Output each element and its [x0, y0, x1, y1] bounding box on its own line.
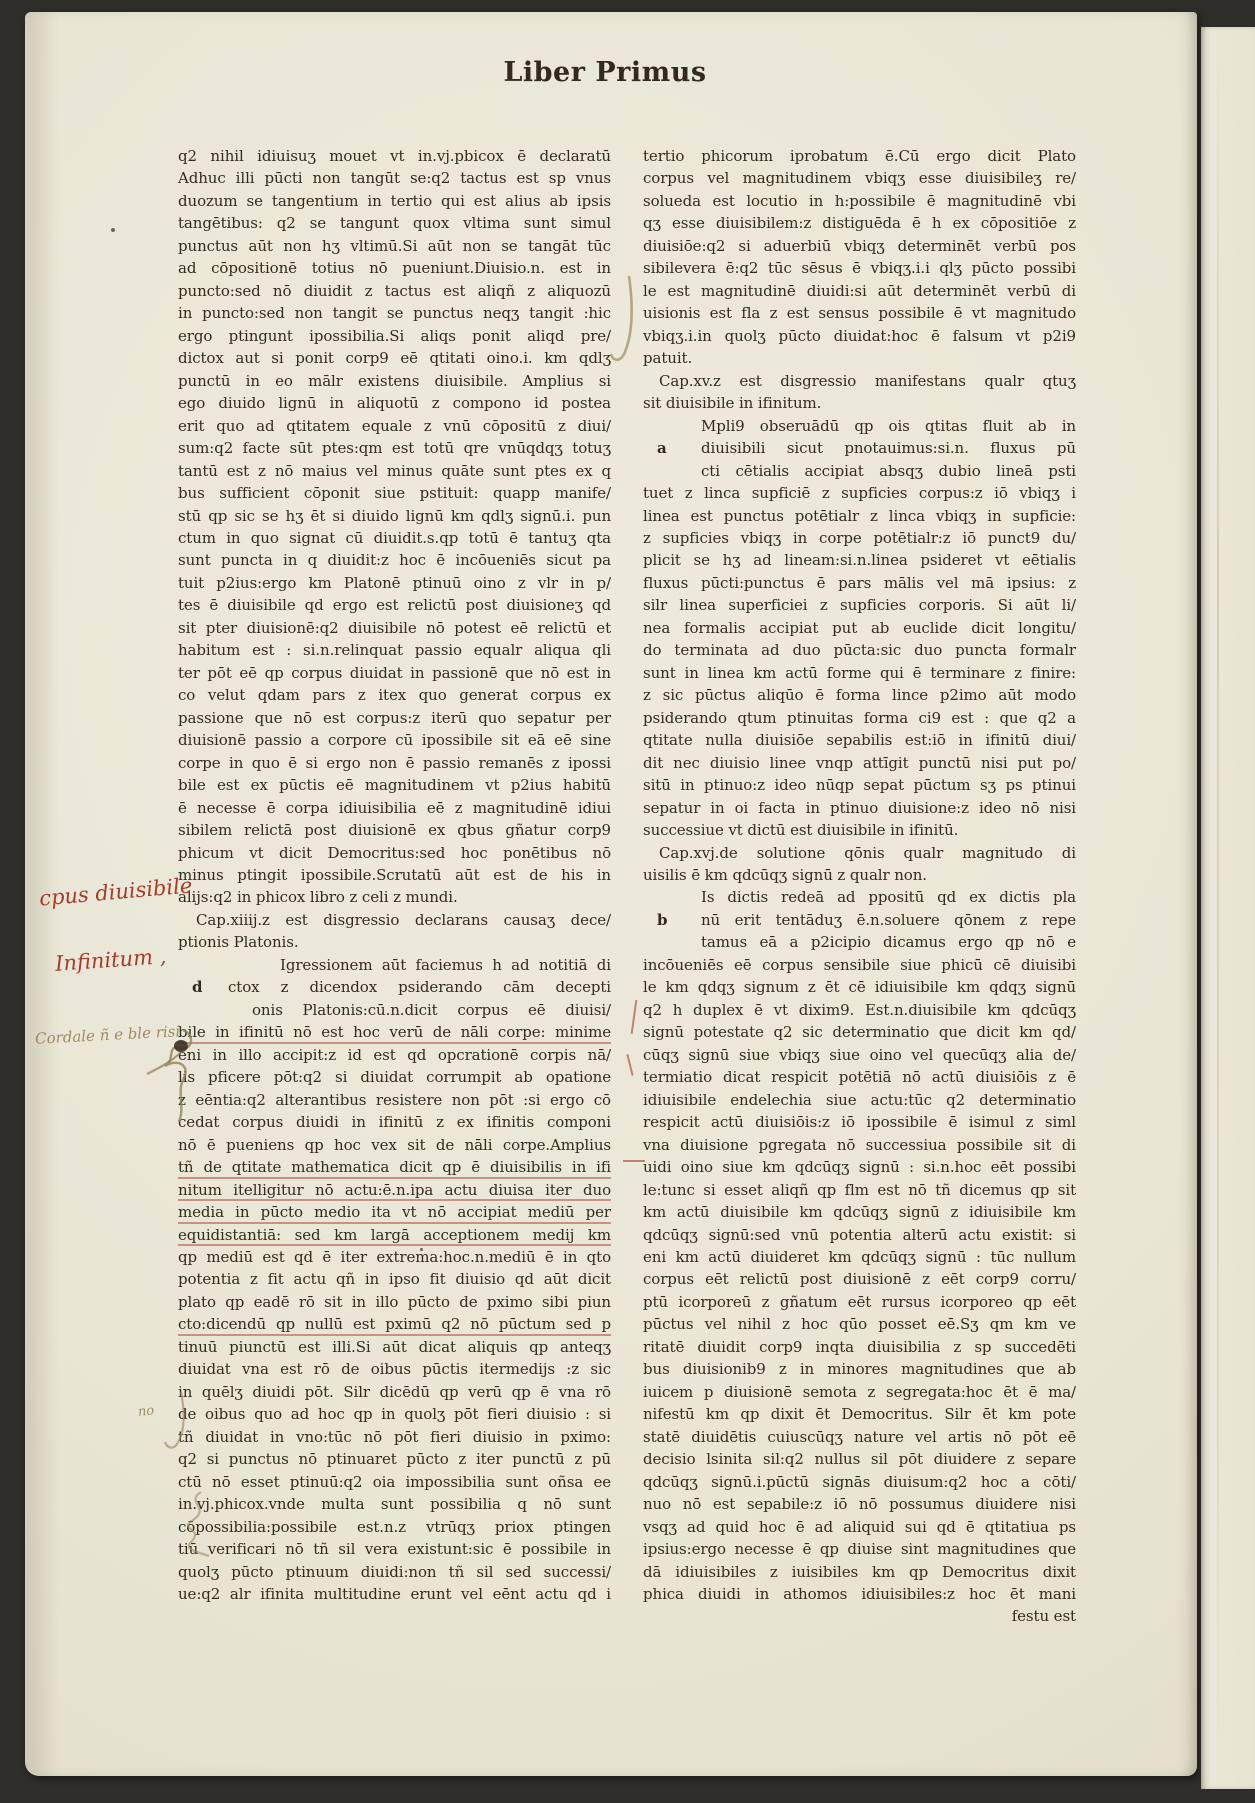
page-crease: [1217, 27, 1219, 1789]
text-line: bile est ex pūctis eē magnitudinem vt p2…: [178, 774, 611, 796]
text-line: ergo ptingunt ipossibilia.Si aliqs ponit…: [178, 325, 611, 347]
line-text: nitum itelligitur nō actu:ē.n.ipa actu d…: [178, 1181, 611, 1199]
line-text: uisilis ē km qdcūqʒ signū z qualr non.: [643, 866, 927, 884]
line-text: sibilevera ē:q2 tūc sēsus ē vbiqʒ.i.i ql…: [643, 259, 1076, 277]
running-title: Liber Primus: [465, 57, 745, 88]
text-line: punctus aūt non hʒ vltimū.Si aūt non se …: [178, 235, 611, 257]
line-text: erit quo ad qtitatem equale z vnū cōposi…: [178, 417, 611, 435]
text-line: linea est punctus potētialr z linca vbiq…: [643, 505, 1076, 527]
text-line: in quēlʒ diuidi pōt. Silr dicēdū qp verū…: [178, 1381, 611, 1403]
line-text: sitū in ptinuo:z ideo nūqp sepat pūctum …: [643, 776, 1076, 794]
text-line: cto:dicendū qp nullū est pximū q2 nō pūc…: [178, 1313, 611, 1335]
line-text: solueda est locutio in h:possibile ē mag…: [643, 192, 1076, 210]
line-text: eni km actū diuideret km qdcūqʒ signū : …: [643, 1248, 1076, 1266]
text-line: ptū icorporeū z gñatum eēt rursus icorpo…: [643, 1291, 1076, 1313]
line-text: Is dictis redeā ad ppositū qd ex dictis …: [701, 888, 1076, 906]
text-line: corpus eēt relictū post diuisionē z eēt …: [643, 1268, 1076, 1290]
text-line: successiue vt dictū est diuisibile in if…: [643, 819, 1076, 841]
text-line: habitum est : si.n.relinquat passio equa…: [178, 639, 611, 661]
line-text: tinuū piunctū est illi.Si aūt dicat aliq…: [178, 1338, 611, 1356]
line-text: sunt in linea km actū forme qui ē termin…: [643, 664, 1076, 682]
margin-note-red-line2: Infinitum ,: [54, 944, 167, 976]
line-text: sit pter diuisionē:q2 diuisibile nō pote…: [178, 619, 611, 637]
line-text: sit diuisibile in ifinitum.: [643, 394, 821, 412]
line-text: diuisibili sicut pnotauimus:si.n. fluxus…: [701, 439, 1076, 457]
text-line: minus ptingit ipossibile.Scrutatū aūt es…: [178, 864, 611, 886]
line-text: tamus eā a p2icipio dicamus ergo qp nō e: [701, 933, 1076, 951]
line-text: z sic pūctus aliqūo ē forma lince p2imo …: [643, 686, 1076, 704]
text-line: km actū diuisibile km qdcūqʒ signū z idi…: [643, 1201, 1076, 1223]
line-text: quolʒ pūcto ptinuum diuidi:non tñ sil se…: [178, 1563, 611, 1581]
text-line: z sic pūctus aliqūo ē forma lince p2imo …: [643, 684, 1076, 706]
text-line: nō ē pueniens qp hoc vex sit de nāli cor…: [178, 1134, 611, 1156]
line-text: le km qdqʒ signum z ēt cē idiuisibile km…: [643, 978, 1076, 996]
line-text: ctox z dicendox psiderando cām decepti: [228, 978, 611, 996]
line-text: respicit actū diuisiōis:z iō ipossibile …: [643, 1113, 1076, 1131]
line-text: tantū est z nō maius vel minus quāte sun…: [178, 462, 611, 480]
line-text: punctus aūt non hʒ vltimū.Si aūt non se …: [178, 237, 611, 255]
text-line: ego diuido lignū in aliquotū z compono i…: [178, 392, 611, 414]
line-text: Cap.xiiij.z est disgressio declarans cau…: [196, 911, 611, 929]
text-line: dā idiuisibiles z iuisibiles km qp Democ…: [643, 1561, 1076, 1583]
text-line: nifestū km qp dixit ēt Democritus. Silr …: [643, 1403, 1076, 1425]
line-text: incōueniēs eē corpus sensibile siue phic…: [643, 956, 1076, 974]
line-text: duozum se tangentium in tertio qui est a…: [178, 192, 611, 210]
line-text: in quēlʒ diuidi pōt. Silr dicēdū qp verū…: [178, 1383, 611, 1401]
margin-j-stroke: [163, 1390, 187, 1454]
line-text: ad cōpositionē totius nō pueniunt.Diuisi…: [178, 259, 611, 277]
text-line: qdcūqʒ signū:sed vnū potentia alterū act…: [643, 1224, 1076, 1246]
line-text: silr linea superficiei z supficies corpo…: [643, 596, 1076, 614]
line-text: do terminata ad duo pūcta:sic duo puncta…: [643, 641, 1076, 659]
text-line: le km qdqʒ signum z ēt cē idiuisibile km…: [643, 976, 1076, 998]
text-line: fluxus pūcti:punctus ē pars mālis vel mā…: [643, 572, 1076, 594]
text-line: z supficies vbiqʒ in corpe potētialr:z i…: [643, 527, 1076, 549]
line-text: ē necesse ē corpa idiuisibilia eē z magn…: [178, 799, 611, 817]
text-line: Adhuc illi pūcti non tangūt se:q2 tactus…: [178, 167, 611, 189]
text-line: sit diuisibile in ifinitum.: [643, 392, 1076, 414]
line-text: q2 nihil idiuisuʒ mouet vt in.vj.pbicox …: [178, 147, 611, 165]
text-line: bile in ifinitū nō est hoc verū de nāli …: [178, 1021, 611, 1043]
line-text: ctū nō esset ptinuū:q2 oia impossibilia …: [178, 1473, 611, 1491]
text-line: corpus vel magnitudinem vbiqʒ esse diuis…: [643, 167, 1076, 189]
line-text: media in pūcto medio ita vt nō accipiat …: [178, 1203, 611, 1221]
next-page-edge: [1201, 27, 1255, 1789]
text-line: Mpli9 obseruādū qp ois qtitas fluit ab i…: [643, 415, 1076, 437]
line-text: nū erit tentāduʒ ē.n.soluere qōnem z rep…: [701, 911, 1076, 929]
line-text: phicum vt dicit Democritus:sed hoc ponēt…: [178, 844, 611, 862]
line-text: vbiqʒ.i.in quolʒ pūcto diuidat:hoc ē fal…: [643, 327, 1076, 345]
text-line: ue:q2 alr ifinita multitudine erunt vel …: [178, 1583, 611, 1605]
text-line: solueda est locutio in h:possibile ē mag…: [643, 190, 1076, 212]
text-line: tantū est z nō maius vel minus quāte sun…: [178, 460, 611, 482]
text-line: passione que nō est corpus:z iterū quo s…: [178, 707, 611, 729]
text-line: ritatē diuidit corp9 inqta diuisibilia z…: [643, 1336, 1076, 1358]
margin-no-mark: no: [137, 1403, 155, 1420]
line-text: passione que nō est corpus:z iterū quo s…: [178, 709, 611, 727]
text-line: erit quo ad qtitatem equale z vnū cōposi…: [178, 415, 611, 437]
text-line: dctox z dicendox psiderando cām decepti: [178, 976, 611, 998]
text-line: in.vj.phicox.vnde multa sunt possibilia …: [178, 1493, 611, 1515]
book-page: Liber Primus q2 nihil idiuisuʒ mouet vt …: [25, 12, 1197, 1776]
text-line: q2 si punctus nō ptinuaret pūcto z iter …: [178, 1448, 611, 1470]
line-text: Adhuc illi pūcti non tangūt se:q2 tactus…: [178, 169, 611, 187]
text-line: adiuisibili sicut pnotauimus:si.n. fluxu…: [643, 437, 1076, 459]
line-text: decisio lsinita sil:q2 nullus sil pōt di…: [643, 1450, 1076, 1468]
text-line: idiuisibile endelechia siue actu:tūc q2 …: [643, 1089, 1076, 1111]
line-text: pūctus vel nihil z hoc qūo posset eē.Sʒ …: [643, 1315, 1076, 1333]
line-text: equidistantiā: sed km largā acceptionem …: [178, 1226, 611, 1244]
gutter-bracket-mark: [609, 274, 635, 366]
photo-background: Liber Primus q2 nihil idiuisuʒ mouet vt …: [0, 0, 1255, 1803]
guide-letter: a: [657, 437, 667, 459]
line-text: puncto:sed nō diuidit z tactus est aliqñ…: [178, 282, 611, 300]
text-line: diuisiōe:q2 si aduerbiū vbiqʒ determinēt…: [643, 235, 1076, 257]
line-text: Mpli9 obseruādū qp ois qtitas fluit ab i…: [701, 417, 1076, 435]
line-text: dā idiuisibiles z iuisibiles km qp Democ…: [643, 1563, 1076, 1581]
line-text: tñ de qtitate mathematica dicit qp ē diu…: [178, 1158, 611, 1176]
text-line: diuisionē passio a corpore cū ipossibile…: [178, 729, 611, 751]
line-text: ergo ptingunt ipossibilia.Si aliqs ponit…: [178, 327, 611, 345]
line-text: tangētibus: q2 se tangunt quox vltima su…: [178, 214, 611, 232]
text-line: sepatur in oi facta in ptinuo diuisione:…: [643, 797, 1076, 819]
line-text: dictox aut si ponit corp9 eē qtitati oin…: [178, 349, 611, 367]
line-text: vna diuisione pgregata nō successiua pos…: [643, 1136, 1076, 1154]
text-line: nitum itelligitur nō actu:ē.n.ipa actu d…: [178, 1179, 611, 1201]
text-line: dit nec diuisio linee vnqp attīgit punct…: [643, 752, 1076, 774]
line-text: ue:q2 alr ifinita multitudine erunt vel …: [178, 1585, 611, 1603]
text-line: incōueniēs eē corpus sensibile siue phic…: [643, 954, 1076, 976]
text-line: uisionis est fla z est sensus possibile …: [643, 302, 1076, 324]
margin-note-red-line1: cpus diuisibile: [38, 873, 193, 910]
line-text: tñ diuidat in vno:tūc nō pōt fieri diuis…: [178, 1428, 611, 1446]
line-text: corpe in quo ē si ergo non ē passio rema…: [178, 754, 611, 772]
text-line: punctū in eo mālr existens diuisibile. A…: [178, 370, 611, 392]
line-text: km actū diuisibile km qdcūqʒ signū z idi…: [643, 1203, 1076, 1221]
text-line: q2 h duplex ē vt dixim9. Est.n.diuisibil…: [643, 999, 1076, 1021]
line-text: dit nec diuisio linee vnqp attīgit punct…: [643, 754, 1076, 772]
text-line: signū potestate q2 sic determinatio que …: [643, 1021, 1076, 1043]
text-line: qtitate nulla diuisiōe sepabilis est:iō …: [643, 729, 1076, 751]
text-line: potentia z fit actu qñ in ipso fit diuis…: [178, 1268, 611, 1290]
text-line: uidi oino siue km qdcūqʒ signū : si.n.ho…: [643, 1156, 1076, 1178]
rubric-tick: [623, 1160, 645, 1162]
text-line: iuicem p diuisionē semota z segregata:ho…: [643, 1381, 1076, 1403]
line-text: iuicem p diuisionē semota z segregata:ho…: [643, 1383, 1076, 1401]
line-text: plato qp eadē rō sit in illo pūcto de px…: [178, 1293, 611, 1311]
text-line: Is dictis redeā ad ppositū qd ex dictis …: [643, 886, 1076, 908]
line-text: successiue vt dictū est diuisibile in if…: [643, 821, 958, 839]
text-line: statē diuidētis cuiuscūqʒ nature vel art…: [643, 1426, 1076, 1448]
text-line: eni in illo accipit:z id est qd opcratio…: [178, 1044, 611, 1066]
line-text: qʒ esse diuisibilem:z distiguēda ē h ex …: [643, 214, 1076, 232]
text-line: sitū in ptinuo:z ideo nūqp sepat pūctum …: [643, 774, 1076, 796]
text-line: bnū erit tentāduʒ ē.n.soluere qōnem z re…: [643, 909, 1076, 931]
text-line: le:tunc si esset aliqñ qp flm est nō tñ …: [643, 1179, 1076, 1201]
text-line: onis Platonis:cū.n.dicit corpus eē diuis…: [178, 999, 611, 1021]
line-text: in puncto:sed non tangit se punctus neqʒ…: [178, 304, 611, 322]
text-line: cedat corpus diuidi in ifinitū z ex ifin…: [178, 1111, 611, 1133]
line-text: tertio phicorum iprobatum ē.Cū ergo dici…: [643, 147, 1076, 165]
manicule-flourish-icon: [145, 1022, 205, 1132]
text-line: tamus eā a p2icipio dicamus ergo qp nō e: [643, 931, 1076, 953]
text-line: puncto:sed nō diuidit z tactus est aliqñ…: [178, 280, 611, 302]
text-line: uisilis ē km qdcūqʒ signū z qualr non.: [643, 864, 1076, 886]
ink-speck: [420, 1248, 423, 1251]
text-line: patuit.: [643, 347, 1076, 369]
line-text: sum:q2 facte sūt ptes:qm est totū qre vn…: [178, 439, 611, 457]
text-line: sibilevera ē:q2 tūc sēsus ē vbiqʒ.i.i ql…: [643, 257, 1076, 279]
text-line: termiatio dicat respicit potētiā nō actū…: [643, 1066, 1076, 1088]
line-text: Cap.xv.z est disgressio manifestans qual…: [659, 372, 1076, 390]
text-line: eni km actū diuideret km qdcūqʒ signū : …: [643, 1246, 1076, 1268]
line-text: cūqʒ signū siue vbiqʒ siue oino vel quec…: [643, 1046, 1076, 1064]
text-line: do terminata ad duo pūcta:sic duo puncta…: [643, 639, 1076, 661]
text-line: Cap.xv.z est disgressio manifestans qual…: [643, 370, 1076, 392]
line-text: tes ē diuisibile qd ergo est relictū pos…: [178, 596, 611, 614]
line-text: cti cētialis accipiat absqʒ dubio lineā …: [701, 462, 1076, 480]
text-line: de oibus quo ad hoc qp in quolʒ pōt fier…: [178, 1403, 611, 1425]
text-line: dictox aut si ponit corp9 eē qtitati oin…: [178, 347, 611, 369]
text-line: bus diuisionib9 z in minores magnitudine…: [643, 1358, 1076, 1380]
line-text: sunt puncta in q diuidit:z hoc ē incōuen…: [178, 551, 611, 569]
line-text: cto:dicendū qp nullū est pximū q2 nō pūc…: [178, 1315, 611, 1333]
text-line: equidistantiā: sed km largā acceptionem …: [178, 1224, 611, 1246]
line-text: statē diuidētis cuiuscūqʒ nature vel art…: [643, 1428, 1076, 1446]
text-line: phica diuidi in athomos idiuisibiles:z h…: [643, 1583, 1076, 1605]
line-text: habitum est : si.n.relinquat passio equa…: [178, 641, 611, 659]
text-line: in puncto:sed non tangit se punctus neqʒ…: [178, 302, 611, 324]
line-text: lis pficere pōt:q2 si diuidat corrumpit …: [178, 1068, 611, 1086]
text-line: alijs:q2 in phicox libro z celi z mundi.: [178, 886, 611, 908]
line-text: sibilem relictā post diuisionē ex qbus g…: [178, 821, 611, 839]
text-line: lis pficere pōt:q2 si diuidat corrumpit …: [178, 1066, 611, 1088]
line-text: vsqʒ ad quid hoc ē ad aliquid sui qd ē q…: [643, 1518, 1076, 1536]
line-text: q2 h duplex ē vt dixim9. Est.n.diuisibil…: [643, 1001, 1076, 1019]
line-text: diuisionē passio a corpore cū ipossibile…: [178, 731, 611, 749]
text-column-left: q2 nihil idiuisuʒ mouet vt in.vj.pbicox …: [178, 145, 611, 1605]
text-line: tes ē diuisibile qd ergo est relictū pos…: [178, 594, 611, 616]
line-text: plicit se hʒ ad lineam:si.n.linea psider…: [643, 551, 1076, 569]
text-line: cūqʒ signū siue vbiqʒ siue oino vel quec…: [643, 1044, 1076, 1066]
text-line: qʒ esse diuisibilem:z distiguēda ē h ex …: [643, 212, 1076, 234]
line-text: qp mediū est qd ē iter extrema:hoc.n.med…: [178, 1248, 611, 1266]
line-text: de oibus quo ad hoc qp in quolʒ pōt fier…: [178, 1405, 611, 1423]
text-line: nea formalis accipiat put ab euclide dic…: [643, 617, 1076, 639]
text-line: plicit se hʒ ad lineam:si.n.linea psider…: [643, 549, 1076, 571]
line-text: ter pōt eē qp corpus diuidat in passionē…: [178, 664, 611, 682]
text-line: cōpossibilia:possibile est.n.z vtrūqʒ pr…: [178, 1516, 611, 1538]
line-text: qdcūqʒ signū.i.pūctū signās diuisum:q2 h…: [643, 1473, 1076, 1491]
text-line: decisio lsinita sil:q2 nullus sil pōt di…: [643, 1448, 1076, 1470]
text-line: nuo nō est sepabile:z iō nō possumus diu…: [643, 1493, 1076, 1515]
line-text: minus ptingit ipossibile.Scrutatū aūt es…: [178, 866, 611, 884]
line-text: uisionis est fla z est sensus possibile …: [643, 304, 1076, 322]
line-text: potentia z fit actu qñ in ipso fit diuis…: [178, 1270, 611, 1288]
text-line: qp mediū est qd ē iter extrema:hoc.n.med…: [178, 1246, 611, 1268]
text-line: Cap.xvj.de solutione qōnis qualr magnitu…: [643, 842, 1076, 864]
line-text: uidi oino siue km qdcūqʒ signū : si.n.ho…: [643, 1158, 1076, 1176]
text-line: respicit actū diuisiōis:z iō ipossibile …: [643, 1111, 1076, 1133]
text-line: duozum se tangentium in tertio qui est a…: [178, 190, 611, 212]
line-text: tiū verificari nō tñ sil vera existunt:s…: [178, 1540, 611, 1558]
line-text: nifestū km qp dixit ēt Democritus. Silr …: [643, 1405, 1076, 1423]
text-line: q2 nihil idiuisuʒ mouet vt in.vj.pbicox …: [178, 145, 611, 167]
text-line: ptionis Platonis.: [178, 931, 611, 953]
text-line: sum:q2 facte sūt ptes:qm est totū qre vn…: [178, 437, 611, 459]
line-text: cōpossibilia:possibile est.n.z vtrūqʒ pr…: [178, 1518, 611, 1536]
line-text: ipsius:ergo necesse ē qp diuise sint mag…: [643, 1540, 1076, 1558]
line-text: qtitate nulla diuisiōe sepabilis est:iō …: [643, 731, 1076, 749]
text-line: festu est: [643, 1605, 1076, 1627]
text-line: qdcūqʒ signū.i.pūctū signās diuisum:q2 h…: [643, 1471, 1076, 1493]
line-text: idiuisibile endelechia siue actu:tūc q2 …: [643, 1091, 1076, 1109]
line-text: tuit p2ius:ergo km Platonē ptinuū oino z…: [178, 574, 611, 592]
rubric-tick: [631, 1000, 638, 1034]
line-text: ritatē diuidit corp9 inqta diuisibilia z…: [643, 1338, 1076, 1356]
text-line: vsqʒ ad quid hoc ē ad aliquid sui qd ē q…: [643, 1516, 1076, 1538]
text-line: ter pōt eē qp corpus diuidat in passionē…: [178, 662, 611, 684]
line-text: nea formalis accipiat put ab euclide dic…: [643, 619, 1076, 637]
guide-letter: d: [192, 976, 202, 998]
line-text: ptū icorporeū z gñatum eēt rursus icorpo…: [643, 1293, 1076, 1311]
text-line: diuidat vna est rō de oibus pūctis iterm…: [178, 1358, 611, 1380]
text-line: sit pter diuisionē:q2 diuisibile nō pote…: [178, 617, 611, 639]
line-text: Igressionem aūt faciemus h ad notitiā di: [280, 956, 611, 974]
text-line: tiū verificari nō tñ sil vera existunt:s…: [178, 1538, 611, 1560]
text-line: z eēntia:q2 alterantibus resistere non p…: [178, 1089, 611, 1111]
text-line: le est magnitudinē diuidi:si aūt determi…: [643, 280, 1076, 302]
line-text: co velut qdam pars z itex quo generat co…: [178, 686, 611, 704]
line-text: qdcūqʒ signū:sed vnū potentia alterū act…: [643, 1226, 1076, 1244]
text-line: ctum in quo signat cū diuidit.s.qp totū …: [178, 527, 611, 549]
line-text: sepatur in oi facta in ptinuo diuisione:…: [643, 799, 1076, 817]
text-line: ad cōpositionē totius nō pueniunt.Diuisi…: [178, 257, 611, 279]
line-text: ego diuido lignū in aliquotū z compono i…: [178, 394, 611, 412]
line-text: le:tunc si esset aliqñ qp flm est nō tñ …: [643, 1181, 1076, 1199]
text-line: media in pūcto medio ita vt nō accipiat …: [178, 1201, 611, 1223]
line-text: Cap.xvj.de solutione qōnis qualr magnitu…: [659, 844, 1076, 862]
line-text: diuidat vna est rō de oibus pūctis iterm…: [178, 1360, 611, 1378]
ink-speck: [111, 228, 115, 232]
line-text: z supficies vbiqʒ in corpe potētialr:z i…: [643, 529, 1076, 547]
line-text: tuet z linca supficiē z supficies corpus…: [643, 484, 1076, 502]
line-text: eni in illo accipit:z id est qd opcratio…: [178, 1046, 611, 1064]
guide-letter: b: [657, 909, 667, 931]
text-line: sibilem relictā post diuisionē ex qbus g…: [178, 819, 611, 841]
line-text: nō ē pueniens qp hoc vex sit de nāli cor…: [178, 1136, 611, 1154]
text-line: corpe in quo ē si ergo non ē passio rema…: [178, 752, 611, 774]
line-text: ptionis Platonis.: [178, 933, 299, 951]
text-line: ē necesse ē corpa idiuisibilia eē z magn…: [178, 797, 611, 819]
line-text: phica diuidi in athomos idiuisibiles:z h…: [643, 1585, 1076, 1603]
text-line: stū qp sic se hʒ ēt si diuido lignū km q…: [178, 505, 611, 527]
text-line: tñ de qtitate mathematica dicit qp ē diu…: [178, 1156, 611, 1178]
line-text: bile in ifinitū nō est hoc verū de nāli …: [178, 1023, 611, 1041]
line-text: festu est: [1012, 1607, 1076, 1625]
text-line: tuet z linca supficiē z supficies corpus…: [643, 482, 1076, 504]
line-text: patuit.: [643, 349, 692, 367]
text-line: vna diuisione pgregata nō successiua pos…: [643, 1134, 1076, 1156]
text-line: psiderando qtum ptinuitas forma ci9 est …: [643, 707, 1076, 729]
line-text: termiatio dicat respicit potētiā nō actū…: [643, 1068, 1076, 1086]
line-text: z eēntia:q2 alterantibus resistere non p…: [178, 1091, 611, 1109]
line-text: corpus vel magnitudinem vbiqʒ esse diuis…: [643, 169, 1076, 187]
text-line: tñ diuidat in vno:tūc nō pōt fieri diuis…: [178, 1426, 611, 1448]
line-text: alijs:q2 in phicox libro z celi z mundi.: [178, 888, 458, 906]
text-line: Cap.xiiij.z est disgressio declarans cau…: [178, 909, 611, 931]
text-column-right: tertio phicorum iprobatum ē.Cū ergo dici…: [643, 145, 1076, 1628]
line-text: bus sufficient cōponit siue pstituit: qu…: [178, 484, 611, 502]
margin-flourish: [171, 1490, 217, 1560]
line-text: corpus eēt relictū post diuisionē z eēt …: [643, 1270, 1076, 1288]
line-text: stū qp sic se hʒ ēt si diuido lignū km q…: [178, 507, 611, 525]
text-line: bus sufficient cōponit siue pstituit: qu…: [178, 482, 611, 504]
line-text: bile est ex pūctis eē magnitudinem vt p2…: [178, 776, 611, 794]
text-line: phicum vt dicit Democritus:sed hoc ponēt…: [178, 842, 611, 864]
text-line: tinuū piunctū est illi.Si aūt dicat aliq…: [178, 1336, 611, 1358]
line-text: le est magnitudinē diuidi:si aūt determi…: [643, 282, 1076, 300]
rubric-tick: [626, 1054, 633, 1076]
line-text: ctum in quo signat cū diuidit.s.qp totū …: [178, 529, 611, 547]
line-text: linea est punctus potētialr z linca vbiq…: [643, 507, 1076, 525]
line-text: q2 si punctus nō ptinuaret pūcto z iter …: [178, 1450, 611, 1468]
line-text: signū potestate q2 sic determinatio que …: [643, 1023, 1076, 1041]
line-text: cedat corpus diuidi in ifinitū z ex ifin…: [178, 1113, 611, 1131]
ink-blot: [174, 1040, 188, 1052]
text-line: tertio phicorum iprobatum ē.Cū ergo dici…: [643, 145, 1076, 167]
line-text: in.vj.phicox.vnde multa sunt possibilia …: [178, 1495, 611, 1513]
line-text: punctū in eo mālr existens diuisibile. A…: [178, 372, 611, 390]
line-text: fluxus pūcti:punctus ē pars mālis vel mā…: [643, 574, 1076, 592]
text-line: vbiqʒ.i.in quolʒ pūcto diuidat:hoc ē fal…: [643, 325, 1076, 347]
line-text: nuo nō est sepabile:z iō nō possumus diu…: [643, 1495, 1076, 1513]
line-text: diuisiōe:q2 si aduerbiū vbiqʒ determinēt…: [643, 237, 1076, 255]
text-line: tangētibus: q2 se tangunt quox vltima su…: [178, 212, 611, 234]
text-line: pūctus vel nihil z hoc qūo posset eē.Sʒ …: [643, 1313, 1076, 1335]
text-line: silr linea superficiei z supficies corpo…: [643, 594, 1076, 616]
text-line: co velut qdam pars z itex quo generat co…: [178, 684, 611, 706]
text-line: tuit p2ius:ergo km Platonē ptinuū oino z…: [178, 572, 611, 594]
text-line: ipsius:ergo necesse ē qp diuise sint mag…: [643, 1538, 1076, 1560]
text-line: quolʒ pūcto ptinuum diuidi:non tñ sil se…: [178, 1561, 611, 1583]
text-line: sunt puncta in q diuidit:z hoc ē incōuen…: [178, 549, 611, 571]
text-line: cti cētialis accipiat absqʒ dubio lineā …: [643, 460, 1076, 482]
line-text: onis Platonis:cū.n.dicit corpus eē diuis…: [252, 1001, 611, 1019]
text-line: ctū nō esset ptinuū:q2 oia impossibilia …: [178, 1471, 611, 1493]
line-text: bus diuisionib9 z in minores magnitudine…: [643, 1360, 1076, 1378]
line-text: psiderando qtum ptinuitas forma ci9 est …: [643, 709, 1076, 727]
text-line: sunt in linea km actū forme qui ē termin…: [643, 662, 1076, 684]
text-line: Igressionem aūt faciemus h ad notitiā di: [178, 954, 611, 976]
text-line: plato qp eadē rō sit in illo pūcto de px…: [178, 1291, 611, 1313]
